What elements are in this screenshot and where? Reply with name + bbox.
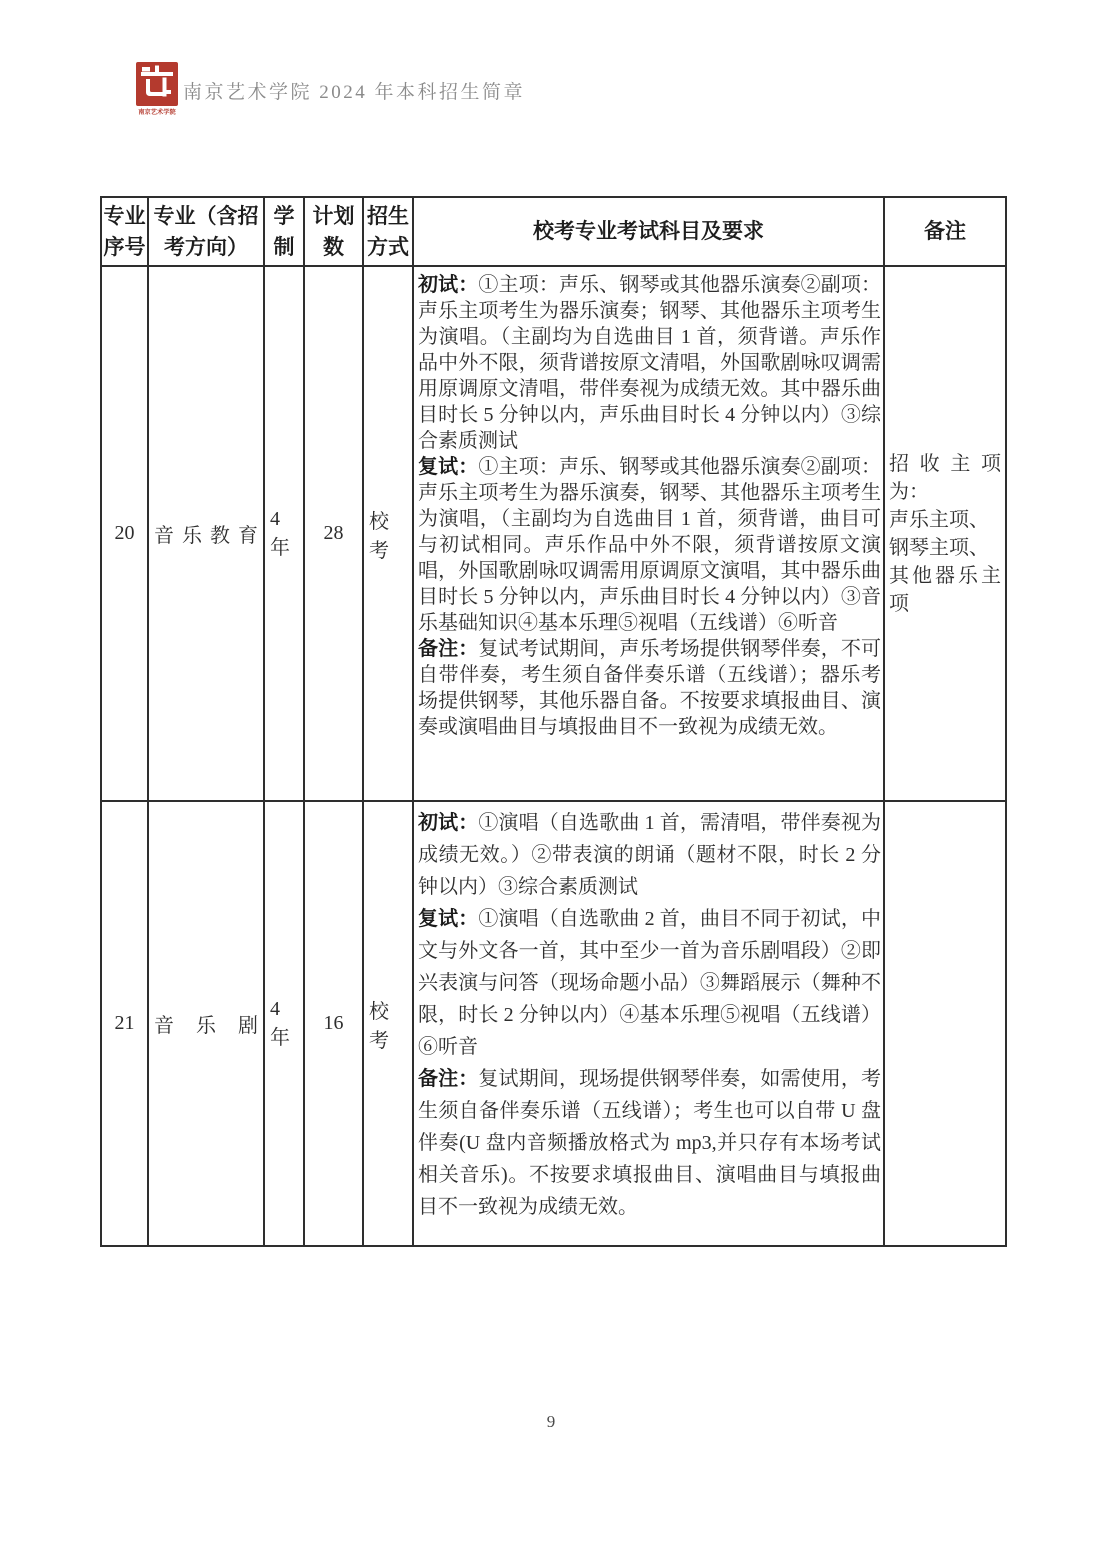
cell-method: 校考 <box>363 801 413 1246</box>
second-exam-paragraph: 复试：①演唱（自选歌曲 2 首，曲目不同于初试，中文与外文各一首，其中至少一首为… <box>418 903 881 1063</box>
cell-major: 音乐教育 <box>148 266 264 801</box>
cell-duration: 4 年 <box>264 266 304 801</box>
cell-method: 校考 <box>363 266 413 801</box>
brand-block: 南京艺术学院 <box>136 62 183 119</box>
cell-remark: 招收主项为： 声乐主项、 钢琴主项、 其他器乐主项 <box>884 266 1006 801</box>
cell-remark <box>884 801 1006 1246</box>
notes-paragraph: 备注：复试考试期间，声乐考场提供钢琴伴奏，不可自带伴奏，考生须自备伴奏乐谱（五线… <box>418 636 881 740</box>
table-row-music-education: 20 音乐教育 4 年 28 校考 初试：①主项：声乐、钢琴或其他器乐演奏②副项… <box>101 266 1006 801</box>
header-remark: 备注 <box>884 197 1006 266</box>
cell-plan: 28 <box>304 266 363 801</box>
cell-subjects: 初试：①主项：声乐、钢琴或其他器乐演奏②副项：声乐主项考生为器乐演奏；钢琴、其他… <box>413 266 884 801</box>
header-major-no: 专业 序号 <box>101 197 148 266</box>
cell-duration: 4 年 <box>264 801 304 1246</box>
notes-paragraph: 备注：复试期间，现场提供钢琴伴奏，如需使用，考生须自备伴奏乐谱（五线谱）；考生也… <box>418 1063 881 1223</box>
header-major: 专业（含招 考方向） <box>148 197 264 266</box>
document-title: 南京艺术学院 2024 年本科招生简章 <box>183 77 525 104</box>
university-seal-icon <box>136 62 178 106</box>
cell-major-no: 21 <box>101 801 148 1246</box>
cell-subjects: 初试：①演唱（自选歌曲 1 首，需清唱，带伴奏视为成绩无效。）②带表演的朗诵（题… <box>413 801 884 1246</box>
header-subjects: 校考专业考试科目及要求 <box>413 197 884 266</box>
header-method: 招生 方式 <box>363 197 413 266</box>
header-duration: 学 制 <box>264 197 304 266</box>
cell-major: 音乐剧 <box>148 801 264 1246</box>
admissions-table: 专业 序号 专业（含招 考方向） 学 制 计划 数 招生 方式 校考专业考试科目… <box>100 196 1007 1247</box>
cell-plan: 16 <box>304 801 363 1246</box>
second-exam-paragraph: 复试：①主项：声乐、钢琴或其他器乐演奏②副项：声乐主项考生为器乐演奏，钢琴、其他… <box>418 454 881 636</box>
table-header-row: 专业 序号 专业（含招 考方向） 学 制 计划 数 招生 方式 校考专业考试科目… <box>101 197 1006 266</box>
page-number: 9 <box>0 1412 1102 1432</box>
table-row-musical-theatre: 21 音乐剧 4 年 16 校考 初试：①演唱（自选歌曲 1 首，需清唱，带伴奏… <box>101 801 1006 1246</box>
cell-major-no: 20 <box>101 266 148 801</box>
logo-caption: 南京艺术学院 <box>137 108 178 117</box>
first-exam-paragraph: 初试：①演唱（自选歌曲 1 首，需清唱，带伴奏视为成绩无效。）②带表演的朗诵（题… <box>418 807 881 903</box>
header-plan: 计划 数 <box>304 197 363 266</box>
first-exam-paragraph: 初试：①主项：声乐、钢琴或其他器乐演奏②副项：声乐主项考生为器乐演奏；钢琴、其他… <box>418 272 881 454</box>
